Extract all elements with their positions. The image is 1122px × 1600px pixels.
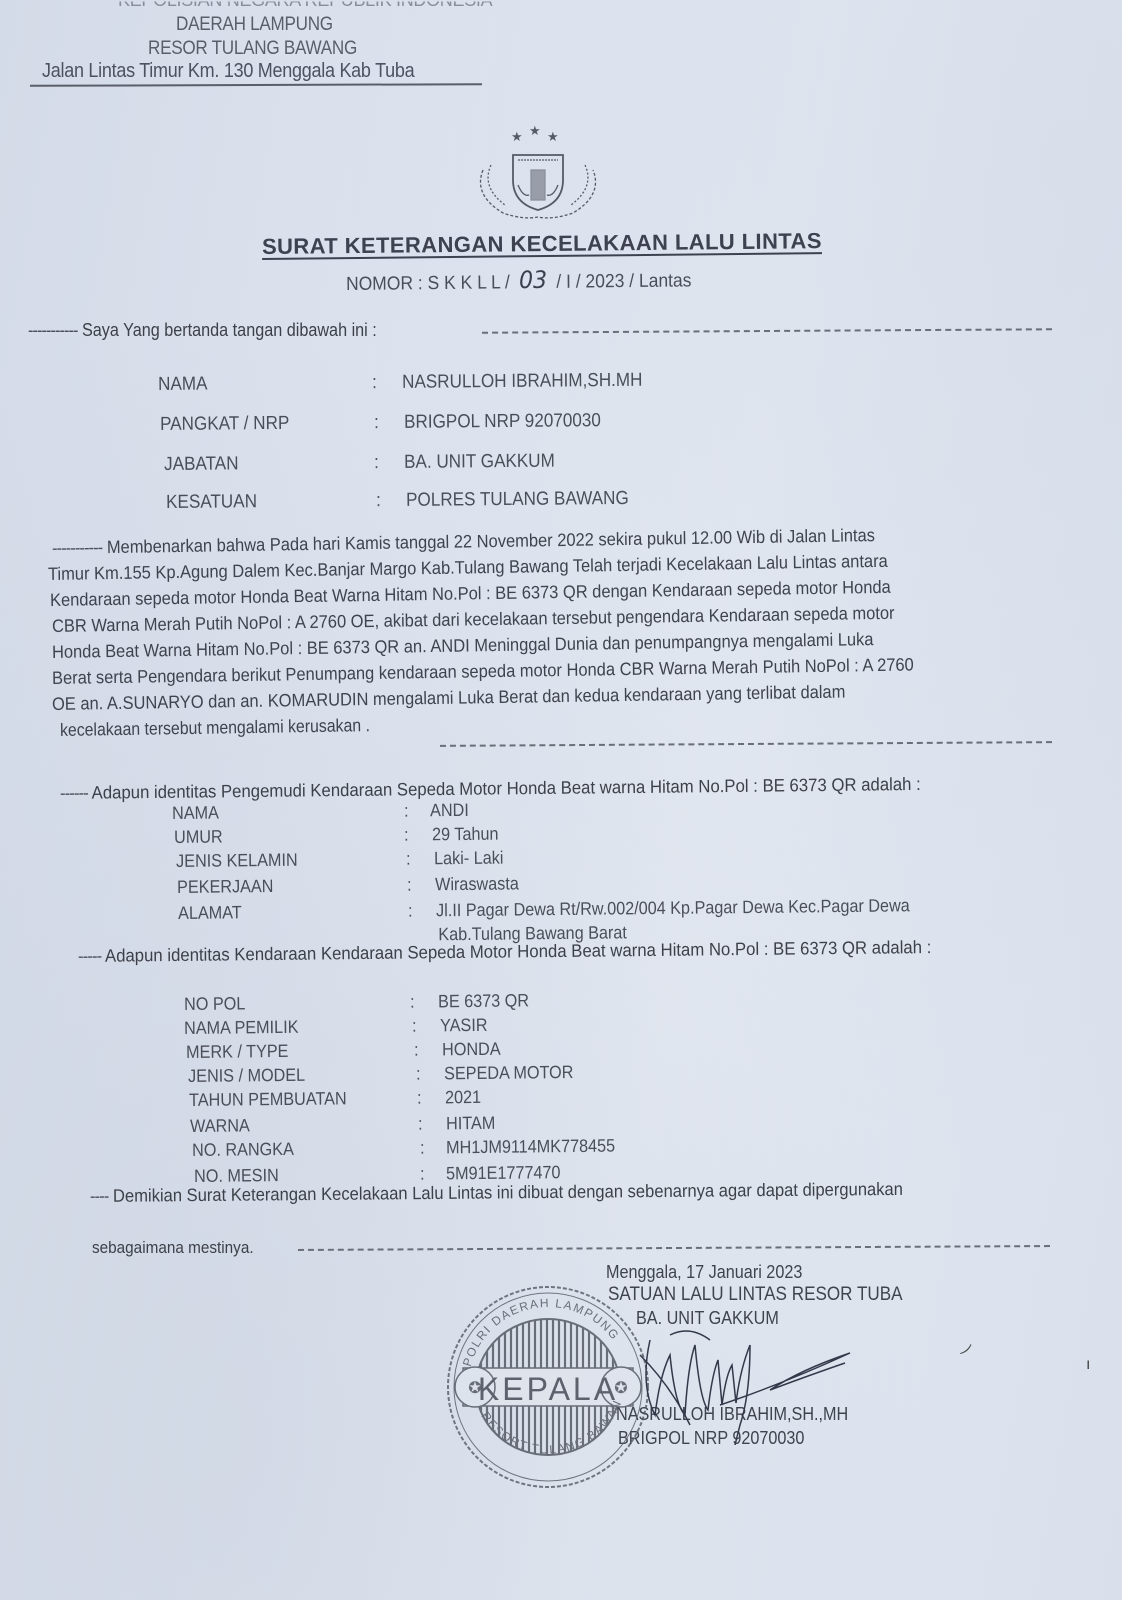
field-value: BRIGPOL NRP 92070030 bbox=[404, 410, 601, 434]
signatory-intro: ----------- Saya Yang bertanda tangan di… bbox=[28, 320, 416, 341]
field-label: NAMA bbox=[158, 374, 208, 396]
handwritten-signature bbox=[600, 1315, 860, 1445]
field-value: BA. UNIT GAKKUM bbox=[404, 451, 555, 474]
field-colon: : bbox=[376, 490, 381, 512]
statement-line: kecelakaan tersebut mengalami kerusakan … bbox=[60, 712, 370, 743]
field-label: NAMA PEMILIK bbox=[184, 1017, 299, 1039]
field-value: NASRULLOH IBRAHIM,SH.MH bbox=[402, 370, 643, 394]
field-label: NO. RANGKA bbox=[192, 1139, 294, 1161]
field-value: Wiraswasta bbox=[435, 873, 519, 895]
field-colon: : bbox=[404, 801, 409, 822]
sign-unit: SATUAN LALU LINTAS RESOR TUBA bbox=[608, 1284, 935, 1306]
field-value: HONDA bbox=[442, 1039, 501, 1061]
field-label: NO POL bbox=[184, 993, 245, 1015]
field-label: JENIS / MODEL bbox=[188, 1065, 305, 1087]
field-colon: : bbox=[417, 1088, 422, 1109]
field-value: HITAM bbox=[446, 1113, 495, 1135]
dashed-rule bbox=[482, 328, 1052, 333]
field-value: 5M91E1777470 bbox=[446, 1162, 561, 1184]
document-number: NOMOR : S K K L L /03/ I / 2023 / Lantas bbox=[346, 264, 722, 296]
closing-line-2: sebagaimana mestinya. bbox=[92, 1238, 272, 1258]
field-colon: : bbox=[372, 372, 377, 394]
field-label: JABATAN bbox=[164, 453, 239, 476]
field-colon: : bbox=[420, 1138, 425, 1159]
field-label: PANGKAT / NRP bbox=[160, 413, 289, 436]
field-colon: : bbox=[407, 875, 412, 896]
field-colon: : bbox=[408, 901, 413, 922]
field-value: MH1JM9114MK778455 bbox=[446, 1136, 615, 1159]
field-label: NAMA bbox=[172, 803, 219, 824]
field-colon: : bbox=[412, 1016, 417, 1037]
field-label: PEKERJAAN bbox=[177, 876, 274, 898]
resort-name: RESOR TULANG BAWANG bbox=[148, 38, 380, 60]
field-label: ALAMAT bbox=[178, 902, 242, 924]
field-colon: : bbox=[410, 992, 415, 1013]
police-emblem-icon: ★ ★ ★ bbox=[463, 125, 613, 225]
header-underline bbox=[30, 83, 482, 87]
field-value: SEPEDA MOTOR bbox=[444, 1062, 574, 1084]
field-label: TAHUN PEMBUATAN bbox=[189, 1088, 347, 1111]
dashed-rule bbox=[298, 1245, 1050, 1251]
stamp-center-text: KEPALA bbox=[478, 1371, 618, 1407]
field-value: Jl.II Pagar Dewa Rt/Rw.002/004 Kp.Pagar … bbox=[436, 895, 910, 921]
svg-text:★: ★ bbox=[529, 125, 541, 138]
dashed-rule bbox=[440, 741, 1052, 747]
field-value: 29 Tahun bbox=[432, 824, 499, 846]
field-label: MERK / TYPE bbox=[186, 1041, 289, 1063]
document-title: SURAT KETERANGAN KECELAKAAN LALU LINTAS bbox=[262, 228, 822, 260]
field-label: JENIS KELAMIN bbox=[176, 850, 298, 872]
field-value: POLRES TULANG BAWANG bbox=[406, 488, 629, 512]
svg-text:★: ★ bbox=[547, 129, 559, 144]
driver-intro: ------ Adapun identitas Pengemudi Kendar… bbox=[60, 773, 986, 804]
org-name: KEPOLISIAN NEGARA REPUBLIK INDONESIA bbox=[118, 0, 492, 11]
field-label: UMUR bbox=[174, 826, 223, 848]
stray-mark: ‿ bbox=[950, 1332, 973, 1356]
handwritten-number: 03 bbox=[519, 266, 547, 294]
field-value: 2021 bbox=[445, 1087, 481, 1108]
field-colon: : bbox=[404, 825, 409, 846]
region-name: DAERAH LAMPUNG bbox=[176, 14, 350, 36]
field-value: Laki- Laki bbox=[434, 848, 504, 870]
field-value: ANDI bbox=[430, 800, 469, 821]
field-label: WARNA bbox=[190, 1115, 250, 1137]
field-colon: : bbox=[420, 1164, 425, 1185]
field-colon: : bbox=[406, 849, 411, 870]
field-colon: : bbox=[416, 1064, 421, 1085]
svg-text:★: ★ bbox=[511, 129, 523, 144]
stray-mark: ı bbox=[1086, 1356, 1090, 1374]
field-value: BE 6373 QR bbox=[438, 990, 529, 1012]
field-colon: : bbox=[418, 1114, 423, 1135]
field-colon: : bbox=[374, 452, 379, 474]
vehicle-intro: ----- Adapun identitas Kendaraan Kendara… bbox=[78, 936, 996, 967]
office-address: Jalan Lintas Timur Km. 130 Menggala Kab … bbox=[42, 60, 456, 83]
field-label: KESATUAN bbox=[166, 491, 257, 514]
field-colon: : bbox=[374, 412, 379, 434]
field-colon: : bbox=[414, 1040, 419, 1061]
sign-place-date: Menggala, 17 Januari 2023 bbox=[606, 1262, 824, 1283]
field-value: YASIR bbox=[440, 1015, 488, 1036]
